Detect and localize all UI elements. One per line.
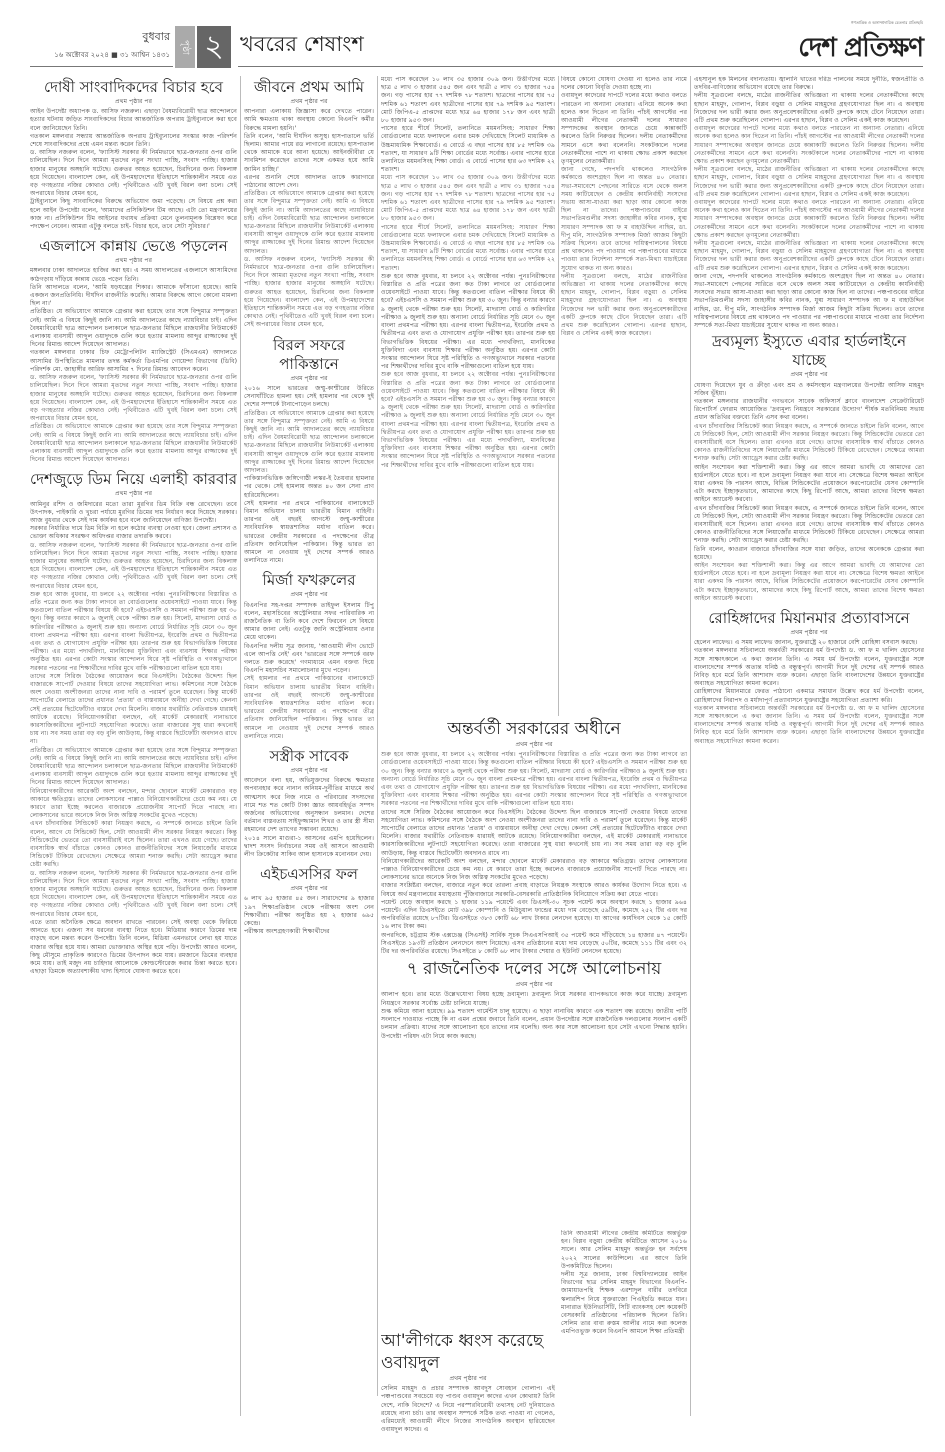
continued-label: প্রথম পৃষ্ঠার পর bbox=[694, 371, 924, 379]
headline: ৭ রাজনৈতিক দলের সঙ্গে আলোচনায় bbox=[381, 958, 687, 980]
column-3-top: মধ্যে পাস করেছেন ১০ লাখ ৩৫ হাজার ৩০৯ জন।… bbox=[381, 76, 555, 716]
headline: আ'লীগকে ধ্বংস করেছে ওবায়দুল bbox=[381, 1330, 555, 1374]
paragraph: ড. আসিফ নজরুল বলেন, 'ফ্যাসিস্ট সরকার কী … bbox=[30, 542, 237, 591]
paragraph: জানা গেছে, পদপদবি থাকলেও সাংগঠনিক কর্মকা… bbox=[694, 273, 924, 330]
headline: এজলাসে কান্নায় ভেঙে পড়লেন bbox=[30, 237, 237, 256]
headline: অন্তর্বর্তী সরকারের অধীনে bbox=[381, 718, 687, 740]
paragraph: পরীক্ষায় অংশগ্রহণকারী শিক্ষার্থীদের bbox=[244, 928, 374, 936]
paragraph: পাসের হারে শীর্ষে সিলেট, তলানিতে ময়মনসি… bbox=[381, 125, 555, 174]
headline: দোষী সাংবাদিকদের বিচার হবে bbox=[30, 78, 237, 97]
continued-label: প্রথম পৃষ্ঠার পর bbox=[381, 1375, 555, 1383]
headline: এইচএসসির ফল bbox=[244, 865, 374, 884]
paragraph: তাদের সঙ্গে সিরিজ বৈঠকের আয়োজন করে বিএস… bbox=[381, 809, 687, 858]
section-title: খবরের শেষাংশ bbox=[240, 28, 364, 63]
paragraph: ড. আসিফ নজরুল বলেন, 'ফ্যাসিস্ট সরকার কী … bbox=[30, 374, 237, 423]
paragraph: প্রতিষ্ঠিত। যে অভিযোগে আমাকে গ্রেপ্তার ক… bbox=[30, 747, 237, 788]
article-dim-karbar: দেশজুড়ে ডিম নিয়ে এলাহী কারবার প্রথম পৃ… bbox=[30, 470, 237, 976]
masthead-rule-left bbox=[30, 66, 173, 67]
continued-label: প্রথম পৃষ্ঠার পর bbox=[30, 490, 237, 498]
column-divider bbox=[377, 76, 378, 1396]
paragraph: ড. আসিফ নজরুল বলেন, 'ফ্যাসিস্ট সরকার কী … bbox=[30, 870, 237, 919]
paragraph: দলীয় সূত্র জানায়, ঢাকা বিশ্ববিদ্যালয়ে… bbox=[561, 1271, 687, 1337]
paragraph: তিনি আদালতে বলেন, 'আমি ষড়যন্ত্রের শিকার… bbox=[30, 284, 237, 309]
column-5: এহসানুল হক মিলনের বদান্যতায়। জ্বালানি খ… bbox=[694, 76, 924, 1448]
logo-name: দেশ প্রতিক্ষণ bbox=[798, 27, 923, 71]
paragraph: আইন সংশোধন করা শক্তিশালী করা। কিন্তু এর … bbox=[694, 562, 924, 603]
paragraph: গতকাল মঙ্গলবার সচিবালয়ে অন্তর্বর্তী সরক… bbox=[694, 647, 924, 688]
continued-label: প্রথম পৃষ্ঠার পর bbox=[381, 741, 687, 749]
paragraph: সরকার নির্ধারিত দামে ডিম বিক্রি না হলে ক… bbox=[30, 525, 237, 541]
date-line: ১৬ অক্টোবর ২০২৪ ■ ৩১ আশ্বিন ১৪৩১ bbox=[30, 49, 170, 61]
paragraph: দলীয় সূত্রগুলো বলছে, মাঠের রাজনীতির অভি… bbox=[561, 273, 687, 339]
headline: দেশজুড়ে ডিম নিয়ে এলাহী কারবার bbox=[30, 470, 237, 489]
paragraph: ২০১৪ সালে মাগুরা-১ আসনের এমপি হয়েছিলেন।… bbox=[244, 835, 374, 860]
column-divider bbox=[240, 76, 241, 1416]
article-mirza-fakhrul: মির্জা ফখরুলের প্রথম পৃষ্ঠার পর বিএনপির … bbox=[244, 571, 374, 741]
paragraph: পয়েন্ট বেড়ে অবস্থান করছে ১ হাজার ১১৯ প… bbox=[381, 899, 687, 932]
paragraph: গতকাল মঙ্গলবার সন্ধ্যায় আন্তর্জাতিক অপর… bbox=[30, 133, 237, 149]
paragraph: এখন চাঁদাবাজির সিন্ডিকেট কারা নিয়ন্ত্রণ… bbox=[30, 820, 237, 869]
paragraph: ২০১৬ সালে ভারতের জম্মু-কাশ্মীরের উরিতে স… bbox=[244, 385, 374, 410]
column-divider bbox=[558, 76, 559, 716]
page-label: পৃষ্ঠা bbox=[175, 26, 195, 68]
paragraph: ঘোষণা দিয়েছেন যুব ও ক্রীড়া এবং শ্রম ও … bbox=[694, 382, 924, 398]
article-hsc-result: এইচএসসির ফল প্রথম পৃষ্ঠার পর ৬ লাখ ৯৫ হা… bbox=[244, 865, 374, 936]
paragraph: ৬ লাখ ৯৫ হাজার ৪৫ জন। সারাদেশের ৯ হাজার … bbox=[244, 895, 374, 928]
paragraph: শুরু হবে আজ বুধবার, যা চলবে ২২ অক্টোবর প… bbox=[30, 591, 237, 673]
paragraph: জানা গেছে, পদপদবি থাকলেও সাংগঠনিক কর্মকা… bbox=[561, 166, 687, 273]
paragraph: তাদের সঙ্গে সিরিজ বৈঠকের আয়োজন করে বিএস… bbox=[30, 673, 237, 747]
continued-label: প্রথম পৃষ্ঠার পর bbox=[30, 98, 237, 106]
paragraph: তিনি আওয়ামী লীগের কেন্দ্রীয় কমিটিতে অন… bbox=[561, 1230, 687, 1271]
headline: রোহিঙ্গাদের মিয়ানমার প্রত্যাবাসনে bbox=[694, 609, 924, 628]
paragraph: বিএনপির দলীয় সূত্র জানায়, 'আওয়ামী লীগ… bbox=[244, 643, 374, 676]
paragraph: অপরদিকে, চট্টগ্রাম স্টক এক্সচেঞ্জ (সিএসই… bbox=[381, 932, 687, 957]
article-sostrik-sabek: সস্ত্রীক সাবেক প্রথম পৃষ্ঠার পর আবেদনে ব… bbox=[244, 747, 374, 859]
article-rohingya: রোহিঙ্গাদের মিয়ানমার প্রত্যাবাসনে প্রথম… bbox=[694, 609, 924, 746]
continued-label: প্রথম পৃষ্ঠার পর bbox=[381, 981, 687, 989]
continued-label: প্রথম পৃষ্ঠার পর bbox=[244, 885, 374, 893]
paragraph: এহসানুল হক মিলনের বদান্যতায়। জ্বালানি খ… bbox=[694, 76, 924, 92]
paragraph: আইন উপদেষ্টা অধ্যাপক ড. আসিফ নজরুল। এছাড… bbox=[30, 108, 237, 133]
article-ejlase-kannay: এজলাসে কান্নায় ভেঙে পড়লেন প্রথম পৃষ্ঠা… bbox=[30, 237, 237, 464]
paragraph: পাসের হারে শীর্ষে সিলেট, তলানিতে ময়মনসি… bbox=[381, 224, 555, 273]
article-birol-sofore: বিরল সফরে পাকিস্তানে প্রথম পৃষ্ঠার পর ২০… bbox=[244, 336, 374, 566]
column-4-bottom: তিনি আওয়ামী লীগের কেন্দ্রীয় কমিটিতে অন… bbox=[561, 1230, 687, 1452]
column-3-wide: অন্তর্বর্তী সরকারের অধীনে প্রথম পৃষ্ঠার … bbox=[381, 716, 687, 1296]
paragraph: প্রতিষ্ঠিত। যে অভিযোগে আমাকে গ্রেপ্তার ক… bbox=[244, 410, 374, 476]
paragraph: ড. আসিফ নজরুল বলেন, 'ফ্যাসিস্ট সরকার কী … bbox=[244, 256, 374, 330]
date-block: বুধবার ১৬ অক্টোবর ২০২৪ ■ ৩১ আশ্বিন ১৪৩১ bbox=[30, 28, 170, 61]
paragraph: ওবায়দুল কাদেরের দাপটে দলের মধ্যে কথাও ব… bbox=[561, 92, 687, 166]
column-2: জীবনে প্রথম আমি প্রথম পৃষ্ঠার পর আপনারা … bbox=[244, 76, 374, 1448]
paragraph: এতে তারা অনৈতিক ক্ষেত্রে অবদান রাখতে পার… bbox=[30, 919, 237, 976]
continued-label: প্রথম পৃষ্ঠার পর bbox=[244, 767, 374, 775]
paragraph: দলীয় সূত্রগুলো বলছে, মাঠের রাজনীতির অভি… bbox=[694, 240, 924, 273]
continued-label: প্রথম পৃষ্ঠার পর bbox=[244, 591, 374, 599]
paragraph: শুরু হবে আজ বুধবার, যা চলবে ২২ অক্টোবর প… bbox=[381, 751, 687, 808]
paragraph: বিনিয়োগকারীদের আরেকটি অংশ বলছেন, মন্দার… bbox=[381, 858, 687, 883]
paragraph: আমিনুর রশিদ ও জমিদারের মতো তারা মুরগির ড… bbox=[30, 501, 237, 526]
paragraph: মঙ্গলবার ঢাকা আদালতে হাজির করা হয়। এ সম… bbox=[30, 267, 237, 283]
paragraph: রোহিঙ্গাদের মিয়ানমারে ফেরত পাঠানো একমাত… bbox=[694, 688, 924, 704]
column-4-top: বিষয়ে কোনো ঘোষণা দেওয়া না হলেও তার নাম… bbox=[561, 76, 687, 716]
paragraph: বিনিয়োগকারীদের আরেকটি অংশ বলছেন, মন্দার… bbox=[30, 788, 237, 821]
article-jibone-prothom: জীবনে প্রথম আমি প্রথম পৃষ্ঠার পর আপনারা … bbox=[244, 78, 374, 330]
paragraph: প্রতিষ্ঠিত। যে অভিযোগে আমাকে গ্রেপ্তার ক… bbox=[30, 308, 237, 349]
paragraph: আবেদনে বলা হয়, অভিযুক্তদের বিরুদ্ধে ক্ষ… bbox=[244, 777, 374, 834]
continued-label: প্রথম পৃষ্ঠার পর bbox=[694, 629, 924, 637]
paragraph: গতকাল মঙ্গলবার ঢাকার চিফ মেট্রোপলিটন ম্য… bbox=[30, 349, 237, 374]
logo-tagline: গণতান্ত্রিক ও অসাম্প্রদায়িক চেতনার প্রত… bbox=[798, 20, 923, 27]
article-alig-dhongsho: আ'লীগকে ধ্বংস করেছে ওবায়দুল প্রথম পৃষ্ঠ… bbox=[381, 1328, 555, 1452]
paragraph: সেলিম মাহমুদ ও প্রচার সম্পাদক আবদুস সোবহ… bbox=[381, 1385, 555, 1434]
paragraph: ড. আসিফ নজরুল বলেন, 'ফ্যাসিস্ট সরকার কী … bbox=[30, 149, 237, 198]
paragraph: দলীয় সূত্রগুলো বলছে, মাঠের রাজনীতির অভি… bbox=[694, 92, 924, 125]
headline: বিরল সফরে পাকিস্তানে bbox=[244, 336, 374, 374]
column-divider bbox=[690, 76, 691, 1416]
article-doshi-sangbadik: দোষী সাংবাদিকদের বিচার হবে প্রথম পৃষ্ঠার… bbox=[30, 78, 237, 231]
page-number: ২ bbox=[197, 26, 231, 68]
paragraph: তিনি বলেন, কাওরান বাজারে চাঁদাবাজির সঙ্গ… bbox=[694, 546, 924, 562]
column-1: দোষী সাংবাদিকদের বিচার হবে প্রথম পৃষ্ঠার… bbox=[30, 76, 237, 1448]
newspaper-logo: গণতান্ত্রিক ও অসাম্প্রদায়িক চেতনার প্রত… bbox=[798, 20, 923, 71]
masthead: বুধবার ১৬ অক্টোবর ২০২৪ ■ ৩১ আশ্বিন ১৪৩১ … bbox=[0, 0, 945, 70]
article-drobbomullo: দ্রব্যমূল্য ইস্যুতে এবার হার্ডলাইনে যাচ্… bbox=[694, 332, 924, 603]
paragraph: এখন চাঁদাবাজির সিন্ডিকেট কারা নিয়ন্ত্রণ… bbox=[694, 423, 924, 464]
paragraph: ওবায়দুল কাদেরের দাপটে দলের মধ্যে কথাও ব… bbox=[694, 125, 924, 166]
paragraph: সেই হামলার পর প্রথমে পাকিস্তানের বালাকোট… bbox=[244, 500, 374, 566]
paragraph: পাকিস্তানভিত্তিক জঙ্গিগোষ্ঠী লস্কর-ই তৈয… bbox=[244, 475, 374, 500]
paragraph: বিষয়ে কোনো ঘোষণা দেওয়া না হলেও তার নাম… bbox=[561, 76, 687, 92]
continued-label: প্রথম পৃষ্ঠার পর bbox=[30, 257, 237, 265]
paragraph: গতকাল মঙ্গলবার রাজধানীর গণভবনে সাবেক অফি… bbox=[694, 398, 924, 423]
paragraph: এখন চাঁদাবাজির সিন্ডিকেট কারা নিয়ন্ত্রণ… bbox=[694, 505, 924, 546]
paragraph: এরপর শুনানি শেষে আদালত তাকে কারাগারে পাঠ… bbox=[244, 174, 374, 190]
headline: দ্রব্যমূল্য ইস্যুতে এবার হার্ডলাইনে যাচ্… bbox=[694, 332, 924, 370]
paragraph: ওবায়দুল কাদেরের দাপটে দলের মধ্যে কথাও ব… bbox=[694, 199, 924, 240]
paragraph: প্রতিষ্ঠিত। যে অভিযোগে আমাকে গ্রেপ্তার ক… bbox=[244, 190, 374, 256]
paragraph: গতকাল মঙ্গলবার সচিবালয়ে অন্তর্বর্তী সরক… bbox=[694, 705, 924, 746]
paragraph: আপনারা এলাকায় জিজ্ঞাসা করে দেখতে পারেন।… bbox=[244, 108, 374, 133]
headline: মির্জা ফখরুলের bbox=[244, 571, 374, 590]
paragraph: শুরু হবে আজ বুধবার, যা চলবে ২২ অক্টোবর প… bbox=[381, 273, 555, 371]
headline: জীবনে প্রথম আমি bbox=[244, 78, 374, 97]
headline: সস্ত্রীক সাবেক bbox=[244, 747, 374, 766]
continued-label: প্রথম পৃষ্ঠার পর bbox=[244, 375, 374, 383]
paragraph: দলীয় সূত্রগুলো বলছে, মাঠের রাজনীতির অভি… bbox=[694, 166, 924, 199]
paragraph: আইন সংশোধন করা শক্তিশালী করা। কিন্তু এর … bbox=[694, 464, 924, 505]
paragraph: মধ্যে পাস করেছেন ১০ লাখ ৩৫ হাজার ৩০৯ জন।… bbox=[381, 76, 555, 125]
paragraph: সেই হামলার পর প্রথমে পাকিস্তানের বালাকোট… bbox=[244, 675, 374, 741]
paragraph: আলাপ হবে। তার মধ্যে উল্লেখযোগ্য বিষয় হচ… bbox=[381, 991, 687, 1007]
paragraph: বিএনপির সহ-দপ্তর সম্পাদক তাইফুল ইসলাম টি… bbox=[244, 602, 374, 643]
weekday: বুধবার bbox=[30, 28, 170, 47]
paragraph: প্রতিষ্ঠিত। যে অভিযোগে আমাকে গ্রেপ্তার ক… bbox=[30, 423, 237, 464]
paragraph: ট্রাইব্যুনালে কিছু সাংবাদিকের বিরুদ্ধে অ… bbox=[30, 198, 237, 231]
paragraph: শুরু হবে আজ বুধবার, যা চলবে ২২ অক্টোবর প… bbox=[381, 371, 555, 469]
paragraph: মধ্যে পাস করেছেন ১০ লাখ ৩৫ হাজার ৩০৯ জন।… bbox=[381, 174, 555, 223]
continued-label: প্রথম পৃষ্ঠার পর bbox=[244, 98, 374, 106]
paragraph: শুল্ক কমিয়ে আনা হয়েছে। ৯৯ শতাংশ গার্মে… bbox=[381, 1008, 687, 1041]
paragraph: বাজার সংশ্লিষ্টরা বলছেন, বাজারে নতুন করে… bbox=[381, 882, 687, 898]
paragraph: তিনি বলেন, 'আমি দীর্ঘদিন অসুস্থ। হাসপাতা… bbox=[244, 133, 374, 174]
